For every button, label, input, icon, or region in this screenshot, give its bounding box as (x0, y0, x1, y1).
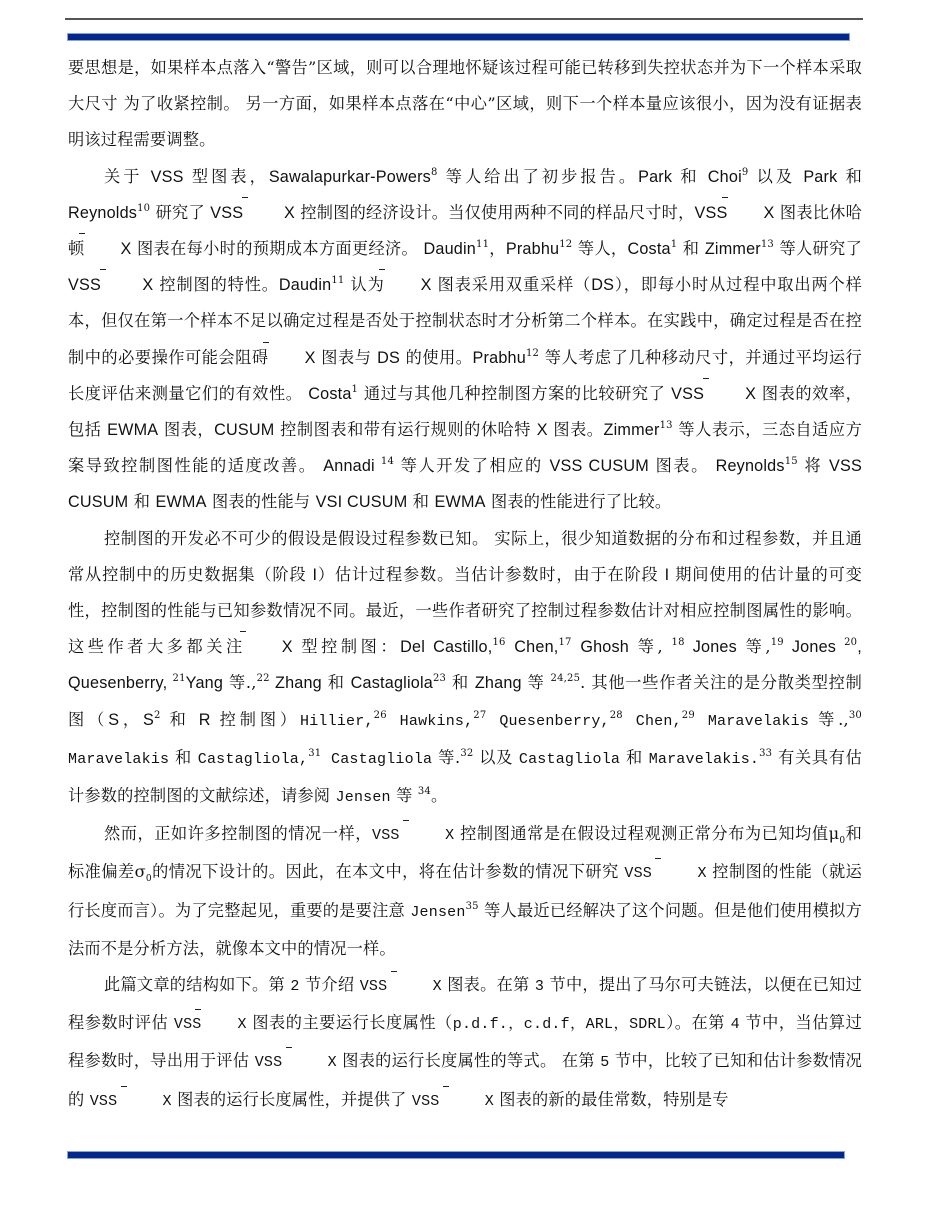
text-run: Ghosh (580, 638, 629, 656)
citation-superscript: 20 (844, 637, 857, 648)
text-run: VSI CUSUM (316, 493, 408, 511)
text-run: 图表， (158, 420, 214, 439)
text-run: X (661, 856, 706, 892)
text-run: 等, (737, 637, 771, 656)
text-run: Del Castillo, (400, 638, 492, 656)
text-run: Castagliola (321, 751, 432, 768)
text-run: 控制图通常是在假设过程观测正常分布为已知均值μ (454, 824, 839, 843)
text-run: 关于 (104, 167, 151, 186)
text-run (506, 637, 515, 656)
text-run: Maravelakis. (649, 751, 759, 768)
paragraph: 关于 VSS 型图表，Sawalapurkar-Powers8 等人给出了初步报… (68, 159, 862, 521)
text-run: VSS (174, 1016, 202, 1033)
text-run: 和 (672, 167, 708, 186)
text-run: X (246, 629, 293, 665)
text-run: 以及 (473, 748, 518, 767)
text-run: X (85, 231, 132, 267)
text-run: 图表采用双重采样（ (432, 275, 592, 294)
text-run: Quesenberry, (486, 713, 609, 730)
text-run: X (409, 818, 454, 854)
text-run: Chen, (623, 713, 682, 730)
citation-superscript: 32 (460, 748, 473, 759)
text-run: Prabhu (473, 349, 526, 367)
text-run: Chen, (514, 638, 558, 656)
text-run: Hillier, (300, 713, 374, 730)
citation-superscript: 12 (559, 239, 572, 250)
text-run: 型图表， (184, 167, 269, 186)
text-run: VSS (412, 1093, 449, 1110)
text-run: 图表的运行长度属性的等式。 在第 (337, 1051, 600, 1070)
text-run: VSS CUSUM (550, 457, 649, 475)
text-run: VSS (255, 1054, 292, 1071)
text-run: Park (638, 168, 672, 186)
citation-superscript: 33 (759, 748, 772, 759)
paragraph: 此篇文章的结构如下。第 2 节介绍 VSS X 图表。在第 3 节中，提出了马尔… (68, 967, 862, 1120)
text-run: VSS (360, 978, 397, 995)
text-run: X (127, 1084, 172, 1120)
text-run: 图表在每小时的预期成本方面更经济。 (132, 239, 424, 258)
text-run: X (201, 1007, 246, 1043)
paragraph: 要思想是，如果样本点落入“警告”区域，则可以合理地怀疑该过程可能已转移到失控状态… (68, 50, 862, 159)
citation-superscript: 35 (466, 901, 479, 912)
text-run: 认为 (344, 275, 384, 294)
text-run: 控制图的经济设计。当仅使用两种不同的样品尺寸时， (295, 203, 695, 222)
text-run: 将 (798, 456, 829, 475)
text-run: VSS (90, 1093, 127, 1110)
text-run: ）。在第 (666, 1013, 731, 1032)
text-run: X (728, 195, 775, 231)
text-run: 图表的性能与 (207, 492, 316, 511)
text-run: 图表的运行长度属性，并提供了 (172, 1090, 412, 1109)
text-run: X (397, 969, 442, 1005)
text-run: Yang (186, 674, 223, 692)
text-run: 和 (128, 492, 155, 511)
text-run: 等. (432, 748, 460, 767)
text-run: Castagliola (351, 674, 433, 692)
text-run: 等 (391, 786, 418, 805)
text-run: 和 (620, 748, 649, 767)
text-run: Annadi (323, 457, 381, 475)
document-body: 要思想是，如果样本点落入“警告”区域，则可以合理地怀疑该过程可能已转移到失控状态… (68, 50, 862, 1120)
text-run: Jensen (336, 789, 391, 806)
text-run: 和 (407, 492, 434, 511)
text-run: 和 (161, 710, 199, 729)
citation-superscript: 13 (761, 239, 774, 250)
citation-superscript: 28 (610, 710, 623, 721)
text-run: Costa (627, 240, 670, 258)
text-run: Zimmer (604, 421, 660, 439)
text-run: 控制图的特性。 (153, 275, 278, 294)
text-run: 要思想是，如果样本点落入“警告”区域，则可以合理地怀疑该过程可能已转移到失控状态… (68, 58, 862, 149)
text-run: 等, (629, 637, 672, 656)
text-run: EWMA (155, 493, 206, 511)
citation-superscript: 19 (771, 637, 784, 648)
text-run: 通过与其他几种控制图方案的比较研究了 (358, 384, 671, 403)
text-run: VSS (671, 385, 709, 403)
text-run: R (199, 711, 211, 729)
text-run: 图表。 (548, 420, 604, 439)
text-run: VSS (695, 204, 728, 222)
text-run: X (269, 340, 316, 376)
text-run: 和 (837, 167, 862, 186)
text-run: Jones (784, 638, 844, 656)
text-run: 等人给出了初步报告。 (438, 167, 639, 186)
text-run: 图表。 (649, 456, 716, 475)
text-run: ， (489, 239, 506, 258)
text-run: 以及 (748, 167, 803, 186)
text-run: VSS (151, 168, 184, 186)
text-run: X (449, 1084, 494, 1120)
text-run: ）估计过程参数。当估计参数时，由于在阶段 (317, 565, 664, 584)
text-run: VSS (210, 204, 248, 222)
text-run: 和 (169, 748, 198, 767)
text-run: 控制图） (211, 710, 300, 729)
text-run: S (143, 711, 154, 729)
citation-superscript: 11 (331, 275, 344, 286)
text-run: Jensen (410, 904, 465, 921)
citation-superscript: 15 (785, 456, 798, 467)
text-run: Zimmer (705, 240, 761, 258)
text-run: p.d.f.，c.d.f，ARL，SDRL (453, 1016, 666, 1033)
text-run: 等., (223, 673, 257, 692)
citation-superscript: 16 (492, 637, 505, 648)
text-run: Sawalapurkar-Powers (269, 168, 431, 186)
text-run: VSS (372, 827, 409, 844)
text-run: X (292, 1045, 337, 1081)
text-run: 等人开发了相应的 (394, 456, 549, 475)
text-run: 图表的性能进行了比较。 (486, 492, 672, 511)
text-run: DS (377, 349, 400, 367)
text-run: Reynolds (68, 204, 137, 222)
text-run: Park (803, 168, 837, 186)
text-run: Costa (308, 385, 351, 403)
text-run: EWMA (107, 421, 158, 439)
citation-superscript: 26 (374, 710, 387, 721)
citation-superscript: 18 (672, 637, 685, 648)
text-run: Zhang (475, 674, 522, 692)
text-run: CUSUM (214, 421, 274, 439)
citation-superscript: 10 (137, 203, 150, 214)
footer-bar (67, 1151, 845, 1159)
text-run: Reynolds (716, 457, 785, 475)
citation-superscript: 11 (476, 239, 489, 250)
text-run: Castagliola (519, 751, 620, 768)
text-run: 研究了 (150, 203, 210, 222)
text-run: 3 (535, 978, 544, 995)
text-run: 的情况下设计的。因此，在本文中，将在估计参数的情况下研究 (152, 862, 625, 881)
citation-superscript: 17 (558, 637, 571, 648)
text-run: Zhang (270, 674, 322, 692)
text-run: Maravelakis (68, 751, 169, 768)
text-run: Daudin (279, 276, 332, 294)
citation-superscript: 13 (660, 420, 673, 431)
text-run: 图表与 (316, 348, 378, 367)
citation-superscript: 22 (257, 673, 270, 684)
header-rule (65, 18, 863, 20)
citation-superscript: 34 (418, 786, 431, 797)
text-run: 2 (290, 978, 299, 995)
text-run: Maravelakis (695, 713, 809, 730)
text-run: 型控制图： (293, 637, 400, 656)
text-run: VSS (68, 276, 106, 294)
text-run: DS (591, 276, 614, 294)
text-run: 然而，正如许多控制图的情况一样， (104, 824, 372, 843)
citation-superscript: 31 (308, 748, 321, 759)
text-run: 图表的新的最佳常数，特别是专 (494, 1090, 729, 1109)
text-run: 。 (431, 786, 447, 805)
text-run: Castagliola, (198, 751, 308, 768)
citation-superscript: 14 (381, 456, 394, 467)
text-run: Prabhu (506, 240, 559, 258)
citation-superscript: 27 (473, 710, 486, 721)
text-run: Jones (685, 638, 737, 656)
text-run: 和 (677, 239, 705, 258)
text-run: X (106, 267, 153, 303)
text-run: ， (119, 710, 143, 729)
text-run: 图表。在第 (442, 975, 535, 994)
text-run: 图表的主要运行长度属性（ (247, 1013, 453, 1032)
text-run: 此篇文章的结构如下。第 (104, 975, 290, 994)
header-bar (67, 33, 850, 41)
text-run: Hawkins, (387, 713, 474, 730)
text-run: 等., (809, 710, 849, 729)
text-run: 节介绍 (300, 975, 360, 994)
text-run: X (709, 376, 756, 412)
citation-superscript: 29 (682, 710, 695, 721)
citation-superscript: 21 (173, 673, 186, 684)
citation-superscript: 12 (526, 348, 539, 359)
text-run: EWMA (434, 493, 485, 511)
text-run: 和 (322, 673, 351, 692)
text-run: X (537, 421, 548, 439)
paragraph: 然而，正如许多控制图的情况一样，VSS X 控制图通常是在假设过程观测正常分布为… (68, 816, 862, 967)
citation-superscript: 24,25 (551, 673, 581, 684)
text-run: X (248, 195, 295, 231)
text-run: VSS (624, 865, 661, 882)
citation-superscript: 30 (849, 710, 862, 721)
text-run: X (385, 267, 432, 303)
text-run: Daudin (424, 240, 477, 258)
citation-superscript: 23 (433, 673, 446, 684)
text-run: Choi (708, 168, 742, 186)
text-run: S (108, 711, 119, 729)
text-run: 等人研究了 (774, 239, 862, 258)
text-run: 控制图表和带有运行规则的休哈特 (275, 420, 537, 439)
text-run: 的使用。 (400, 348, 473, 367)
paragraph: 控制图的开发必不可少的假设是假设过程参数已知。 实际上，很少知道数据的分布和过程… (68, 521, 862, 817)
text-run: 等人， (572, 239, 627, 258)
text-run (572, 637, 581, 656)
text-run: 4 (731, 1016, 740, 1033)
text-run: 等 (522, 673, 551, 692)
text-run: 和 (446, 673, 475, 692)
